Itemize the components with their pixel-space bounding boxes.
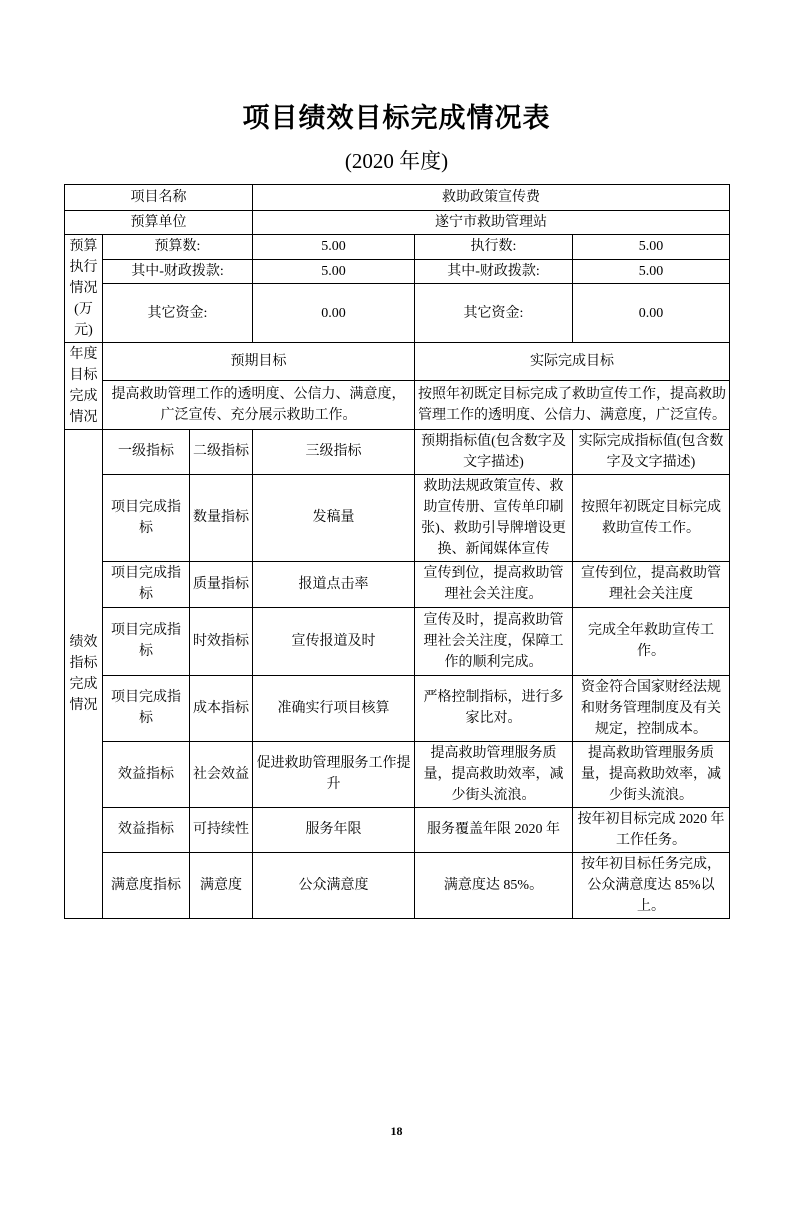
indicator-level3: 发稿量 [253,474,415,561]
expected-goal-header: 预期目标 [103,342,415,381]
indicator-actual: 资金符合国家财经法规和财务管理制度及有关规定，控制成本。 [573,675,730,741]
table-row: 绩效指标完成情况 一级指标 二级指标 三级指标 预期指标值(包含数字及文字描述)… [65,429,730,474]
indicator-actual: 按年初目标任务完成，公众满意度达 85%以上。 [573,852,730,918]
indicator-level2: 可持续性 [190,807,253,852]
table-row: 项目名称 救助政策宣传费 [65,184,730,210]
indicator-expected: 提高救助管理服务质量，提高救助效率，减少街头流浪。 [415,741,573,807]
annual-goal-section-label: 年度目标完成情况 [65,342,103,429]
level1-header: 一级指标 [103,429,190,474]
table-row: 预算单位 遂宁市救助管理站 [65,210,730,234]
indicator-actual: 完成全年救助宣传工作。 [573,607,730,675]
indicator-section-label: 绩效指标完成情况 [65,429,103,918]
indicator-row: 效益指标 社会效益 促进救助管理服务工作提升 提高救助管理服务质量，提高救助效率… [65,741,730,807]
indicator-level2: 质量指标 [190,561,253,607]
indicator-row: 满意度指标 满意度 公众满意度 满意度达 85%。 按年初目标任务完成，公众满意… [65,852,730,918]
indicator-level3: 促进救助管理服务工作提升 [253,741,415,807]
page-subtitle: (2020 年度) [0,149,793,174]
actual-value-header: 实际完成指标值(包含数字及文字描述) [573,429,730,474]
performance-table: 项目名称 救助政策宣传费 预算单位 遂宁市救助管理站 预算执行情况(万元) 预算… [64,184,730,919]
indicator-row: 效益指标 可持续性 服务年限 服务覆盖年限 2020 年 按年初目标完成 202… [65,807,730,852]
indicator-level2: 数量指标 [190,474,253,561]
budget-section-label: 预算执行情况(万元) [65,234,103,342]
budget-value-right: 5.00 [573,259,730,284]
indicator-level2: 时效指标 [190,607,253,675]
budget-value-right: 5.00 [573,234,730,259]
budget-label-left: 其它资金: [103,284,253,342]
budget-label-right: 其它资金: [415,284,573,342]
budget-label-right: 其中-财政拨款: [415,259,573,284]
indicator-expected: 宣传到位，提高救助管理社会关注度。 [415,561,573,607]
project-name-label: 项目名称 [65,184,253,210]
indicator-level1: 效益指标 [103,807,190,852]
indicator-level1: 项目完成指标 [103,675,190,741]
indicator-row: 项目完成指标 数量指标 发稿量 救助法规政策宣传、救助宣传册、宣传单印刷张)、救… [65,474,730,561]
table-row: 预算执行情况(万元) 预算数: 5.00 执行数: 5.00 [65,234,730,259]
indicator-level1: 项目完成指标 [103,607,190,675]
indicator-level2: 成本指标 [190,675,253,741]
indicator-level3: 报道点击率 [253,561,415,607]
budget-value-left: 5.00 [253,259,415,284]
indicator-level1: 项目完成指标 [103,474,190,561]
indicator-expected: 满意度达 85%。 [415,852,573,918]
indicator-level1: 效益指标 [103,741,190,807]
indicator-level3: 服务年限 [253,807,415,852]
table-row: 其它资金: 0.00 其它资金: 0.00 [65,284,730,342]
indicator-actual: 按年初目标完成 2020 年工作任务。 [573,807,730,852]
budget-value-right: 0.00 [573,284,730,342]
indicator-row: 项目完成指标 时效指标 宣传报道及时 宣传及时，提高救助管理社会关注度，保障工作… [65,607,730,675]
budget-unit-label: 预算单位 [65,210,253,234]
indicator-level3: 准确实行项目核算 [253,675,415,741]
expected-value-header: 预期指标值(包含数字及文字描述) [415,429,573,474]
budget-label-left: 其中-财政拨款: [103,259,253,284]
budget-value-left: 5.00 [253,234,415,259]
indicator-level2: 社会效益 [190,741,253,807]
actual-goal-text: 按照年初既定目标完成了救助宣传工作，提高救助管理工作的透明度、公信力、满意度，广… [415,381,730,429]
indicator-level3: 公众满意度 [253,852,415,918]
level3-header: 三级指标 [253,429,415,474]
indicator-row: 项目完成指标 质量指标 报道点击率 宣传到位，提高救助管理社会关注度。 宣传到位… [65,561,730,607]
indicator-expected: 服务覆盖年限 2020 年 [415,807,573,852]
indicator-row: 项目完成指标 成本指标 准确实行项目核算 严格控制指标，进行多家比对。 资金符合… [65,675,730,741]
page-title: 项目绩效目标完成情况表 [0,102,793,134]
indicator-level1: 满意度指标 [103,852,190,918]
indicator-expected: 严格控制指标，进行多家比对。 [415,675,573,741]
budget-label-right: 执行数: [415,234,573,259]
level2-header: 二级指标 [190,429,253,474]
indicator-level3: 宣传报道及时 [253,607,415,675]
page-number: 18 [0,1124,793,1139]
budget-label-left: 预算数: [103,234,253,259]
actual-goal-header: 实际完成目标 [415,342,730,381]
table-row: 提高救助管理工作的透明度、公信力、满意度，广泛宣传、充分展示救助工作。 按照年初… [65,381,730,429]
expected-goal-text: 提高救助管理工作的透明度、公信力、满意度，广泛宣传、充分展示救助工作。 [103,381,415,429]
budget-unit-value: 遂宁市救助管理站 [253,210,730,234]
table-row: 其中-财政拨款: 5.00 其中-财政拨款: 5.00 [65,259,730,284]
indicator-expected: 救助法规政策宣传、救助宣传册、宣传单印刷张)、救助引导牌增设更换、新闻媒体宣传 [415,474,573,561]
project-name-value: 救助政策宣传费 [253,184,730,210]
table-row: 年度目标完成情况 预期目标 实际完成目标 [65,342,730,381]
indicator-actual: 按照年初既定目标完成救助宣传工作。 [573,474,730,561]
indicator-expected: 宣传及时，提高救助管理社会关注度，保障工作的顺利完成。 [415,607,573,675]
indicator-level1: 项目完成指标 [103,561,190,607]
budget-value-left: 0.00 [253,284,415,342]
indicator-level2: 满意度 [190,852,253,918]
indicator-actual: 宣传到位，提高救助管理社会关注度 [573,561,730,607]
indicator-actual: 提高救助管理服务质量，提高救助效率，减少街头流浪。 [573,741,730,807]
